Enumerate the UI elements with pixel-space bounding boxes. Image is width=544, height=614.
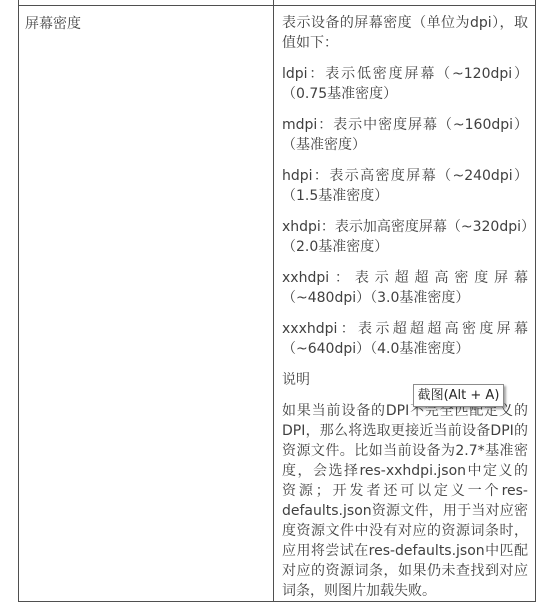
page: 屏幕密度 表示设备的屏幕密度（单位为dpi），取值如下： ldpi：表示低密度屏…	[0, 0, 544, 614]
density-item-hdpi: hdpi：表示高密度屏幕（~240dpi）（1.5基准密度）	[282, 166, 528, 206]
attributes-table: 屏幕密度 表示设备的屏幕密度（单位为dpi），取值如下： ldpi：表示低密度屏…	[18, 0, 536, 602]
partial-cell-left	[19, 0, 274, 5]
attribute-name: 屏幕密度	[25, 16, 81, 32]
note-body: 如果当前设备的DPI不完全匹配定义的DPI，那么将选取更接近当前设备DPI的资源…	[282, 401, 528, 601]
density-item-xhdpi: xhdpi：表示加高密度屏幕（~320dpi）（2.0基准密度）	[282, 217, 528, 257]
screenshot-hotkey-tooltip: 截图(Alt + A)	[413, 384, 504, 407]
density-item-xxxhdpi: xxxhdpi：表示超超超高密度屏幕（~640dpi）（4.0基准密度）	[282, 319, 528, 359]
table-row: 屏幕密度 表示设备的屏幕密度（单位为dpi），取值如下： ldpi：表示低密度屏…	[19, 6, 535, 601]
density-item-xxhdpi: xxhdpi：表示超超高密度屏幕（~480dpi）（3.0基准密度）	[282, 268, 528, 308]
attribute-name-cell: 屏幕密度	[19, 6, 274, 601]
density-item-mdpi: mdpi：表示中密度屏幕（~160dpi）（基准密度）	[282, 115, 528, 155]
attribute-description-cell: 表示设备的屏幕密度（单位为dpi），取值如下： ldpi：表示低密度屏幕（~12…	[274, 6, 535, 601]
density-item-ldpi: ldpi：表示低密度屏幕（~120dpi）（0.75基准密度）	[282, 64, 528, 104]
description-intro: 表示设备的屏幕密度（单位为dpi），取值如下：	[282, 13, 528, 53]
partial-cell-right	[274, 0, 535, 5]
screenshot-hotkey-label: 截图(Alt + A)	[418, 389, 500, 402]
